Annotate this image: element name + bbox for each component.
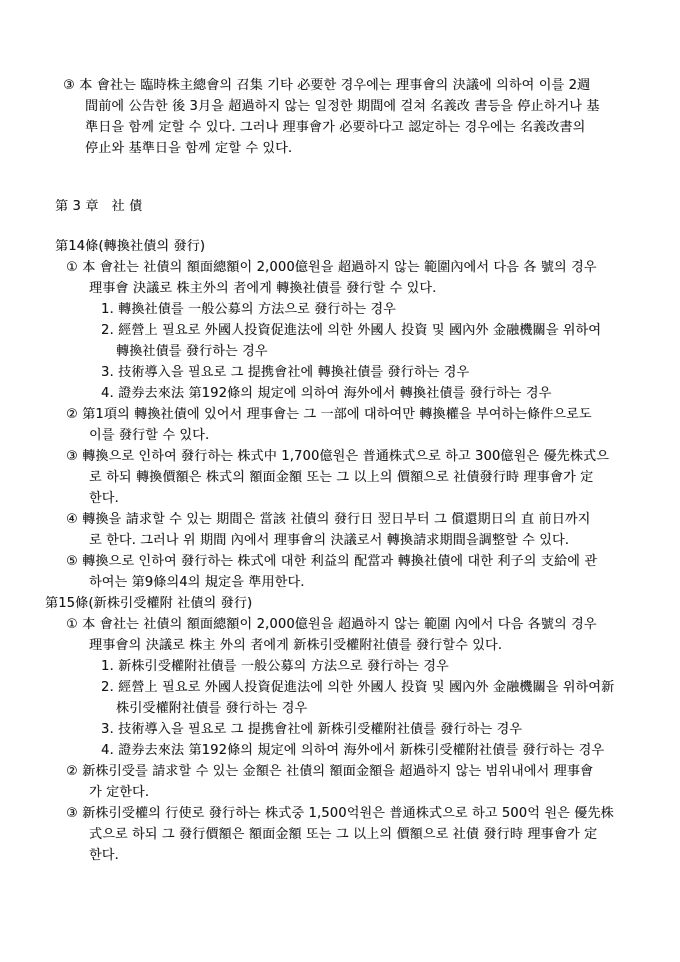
article-14-line: 이를 發行할 수 있다. bbox=[0, 425, 680, 446]
chapter-heading: 第 3 章 社 債 bbox=[0, 196, 680, 217]
document-lines: ③ 本 會社는 臨時株主總會의 召集 기타 必要한 경우에는 理事會의 決議에 … bbox=[0, 75, 680, 866]
document-page: ③ 本 會社는 臨時株主總會의 召集 기타 必要한 경우에는 理事會의 決議에 … bbox=[0, 0, 680, 962]
article-14-line: 2. 經營上 필요로 外國人投資促進法에 의한 外國人 投資 및 國內外 金融機… bbox=[0, 320, 680, 341]
section-gap bbox=[0, 159, 680, 196]
article-14-line: 3. 技術導入을 필요로 그 提携會社에 轉換社債를 發行하는 경우 bbox=[0, 362, 680, 383]
article-14-line: 4. 證券去來法 第192條의 規定에 의하여 海外에서 轉換社債를 發行하는 … bbox=[0, 383, 680, 404]
paragraph-line: 準日을 함께 定할 수 있다. 그러나 理事會가 必要하다고 認定하는 경우에는… bbox=[0, 117, 680, 138]
article-15-line: 4. 證券去來法 第192條의 規定에 의하여 海外에서 新株引受權附社債를 發… bbox=[0, 740, 680, 761]
article-14-line: ① 本 會社는 社債의 額面總額이 2,000億원을 超過하지 않는 範圍內에서… bbox=[0, 257, 680, 278]
article-14-line: 로 한다. 그러나 위 期間 內에서 理事會의 決議로서 轉換請求期間을調整할 … bbox=[0, 530, 680, 551]
section-gap bbox=[0, 217, 680, 236]
article-15-line: 理事會의 決議로 株主 外의 者에게 新株引受權附社債를 發行할수 있다. bbox=[0, 635, 680, 656]
article-14-line: 理事會 決議로 株主外의 者에게 轉換社債를 發行할 수 있다. bbox=[0, 278, 680, 299]
article-15-line: 가 定한다. bbox=[0, 782, 680, 803]
article-15-line: ① 本 會社는 社債의 額面總額이 2,000億원을 超過하지 않는 範圍 內에… bbox=[0, 614, 680, 635]
article-14-line: 轉換社債를 發行하는 경우 bbox=[0, 341, 680, 362]
paragraph-line: 間前에 公告한 後 3月을 超過하지 않는 일정한 期間에 걸쳐 名義改 書등을… bbox=[0, 96, 680, 117]
article-14-line: 한다. bbox=[0, 488, 680, 509]
paragraph-line: ③ 本 會社는 臨時株主總會의 召集 기타 必要한 경우에는 理事會의 決議에 … bbox=[0, 75, 680, 96]
article-15-line: 1. 新株引受權附社債를 一般公募의 方法으로 發行하는 경우 bbox=[0, 656, 680, 677]
article-15-line: 式으로 하되 그 發行價額은 額面金額 또는 그 以上의 價額으로 社債 發行時… bbox=[0, 824, 680, 845]
article-14-line: 1. 轉換社債를 一般公募의 方法으로 發行하는 경우 bbox=[0, 299, 680, 320]
article-15-heading: 第15條(新株引受權附 社債의 發行) bbox=[0, 593, 680, 614]
paragraph-line: 停止와 基準日을 함께 定할 수 있다. bbox=[0, 138, 680, 159]
article-15-line: ② 新株引受를 請求할 수 있는 金額은 社債의 額面金額을 超過하지 않는 범… bbox=[0, 761, 680, 782]
article-15-line: 한다. bbox=[0, 845, 680, 866]
article-14-line: ② 第1項의 轉換社債에 있어서 理事會는 그 一部에 대하여만 轉換權을 부여… bbox=[0, 404, 680, 425]
article-14-line: ⑤ 轉換으로 인하여 發行하는 株式에 대한 利益의 配當과 轉換社債에 대한 … bbox=[0, 551, 680, 572]
article-14-heading: 第14條(轉換社債의 發行) bbox=[0, 236, 680, 257]
article-15-line: ③ 新株引受權의 行使로 發行하는 株式중 1,500억원은 普通株式으로 하고… bbox=[0, 803, 680, 824]
article-14-line: ③ 轉換으로 인하여 發行하는 株式中 1,700億원은 普通株式으로 하고 3… bbox=[0, 446, 680, 467]
article-15-line: 2. 經營上 필요로 外國人投資促進法에 의한 外國人 投資 및 國內外 金融機… bbox=[0, 677, 680, 698]
article-14-line: 하여는 第9條의4의 規定을 準用한다. bbox=[0, 572, 680, 593]
article-14-line: 로 하되 轉換價額은 株式의 額面金額 또는 그 以上의 價額으로 社債發行時 … bbox=[0, 467, 680, 488]
article-15-line: 3. 技術導入을 필요로 그 提携會社에 新株引受權附社債를 發行하는 경우 bbox=[0, 719, 680, 740]
article-14-line: ④ 轉換을 請求할 수 있는 期間은 當該 社債의 發行日 翌日부터 그 償還期… bbox=[0, 509, 680, 530]
article-15-line: 株引受權附社債를 發行하는 경우 bbox=[0, 698, 680, 719]
